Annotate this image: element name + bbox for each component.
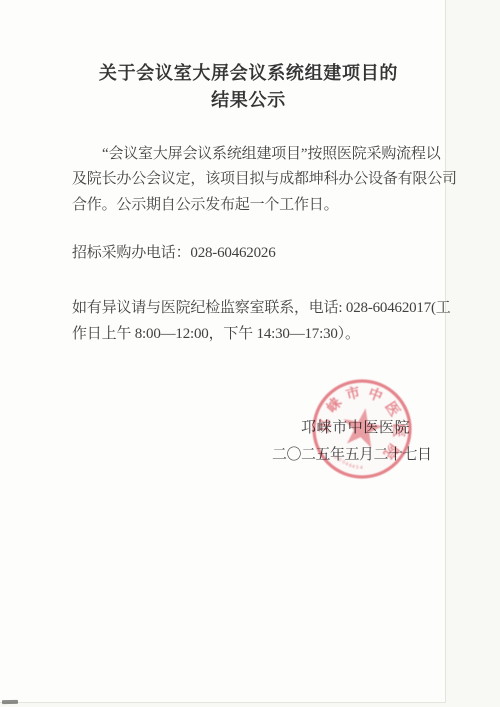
body-paragraph1-line2: 及院长办公会议定，该项目拟与成都坤科办公设备有限公司 <box>72 171 432 188</box>
scanned-document: 关于会议室大屏会议系统组建项目的 结果公示 “会议室大屏会议系统组建项目”按照医… <box>0 0 500 707</box>
seal-char: 邛 <box>318 418 335 433</box>
body-paragraph1-line1: “会议室大屏会议系统组建项目”按照医院采购流程以 <box>72 146 462 163</box>
body-paragraph1-line3: 合作。公示期自公示发布起一个工作日。 <box>72 197 432 214</box>
page-edge-bottom <box>0 702 446 707</box>
seal-char: 医 <box>390 423 407 438</box>
seal-serial-digit: 4 <box>360 465 363 471</box>
scan-artifact-mark <box>2 700 18 704</box>
tender-phone-line: 招标采购办电话：028-60462026 <box>72 245 432 262</box>
objection-line1: 如有异议请与医院纪检监察室联系，电话: 028-60462017(工 <box>72 300 432 317</box>
document-title-line1: 关于会议室大屏会议系统组建项目的 <box>72 63 425 83</box>
objection-line2: 作日上午 8:00—12:00，下午 14:30—17:30）。 <box>72 326 432 343</box>
page-edge-right <box>445 0 500 707</box>
official-seal: 邛 崃 市 中 医 医 院 5 0 0 4 6 4 5 4 <box>292 359 432 499</box>
document-title-line2: 结果公示 <box>72 90 425 110</box>
